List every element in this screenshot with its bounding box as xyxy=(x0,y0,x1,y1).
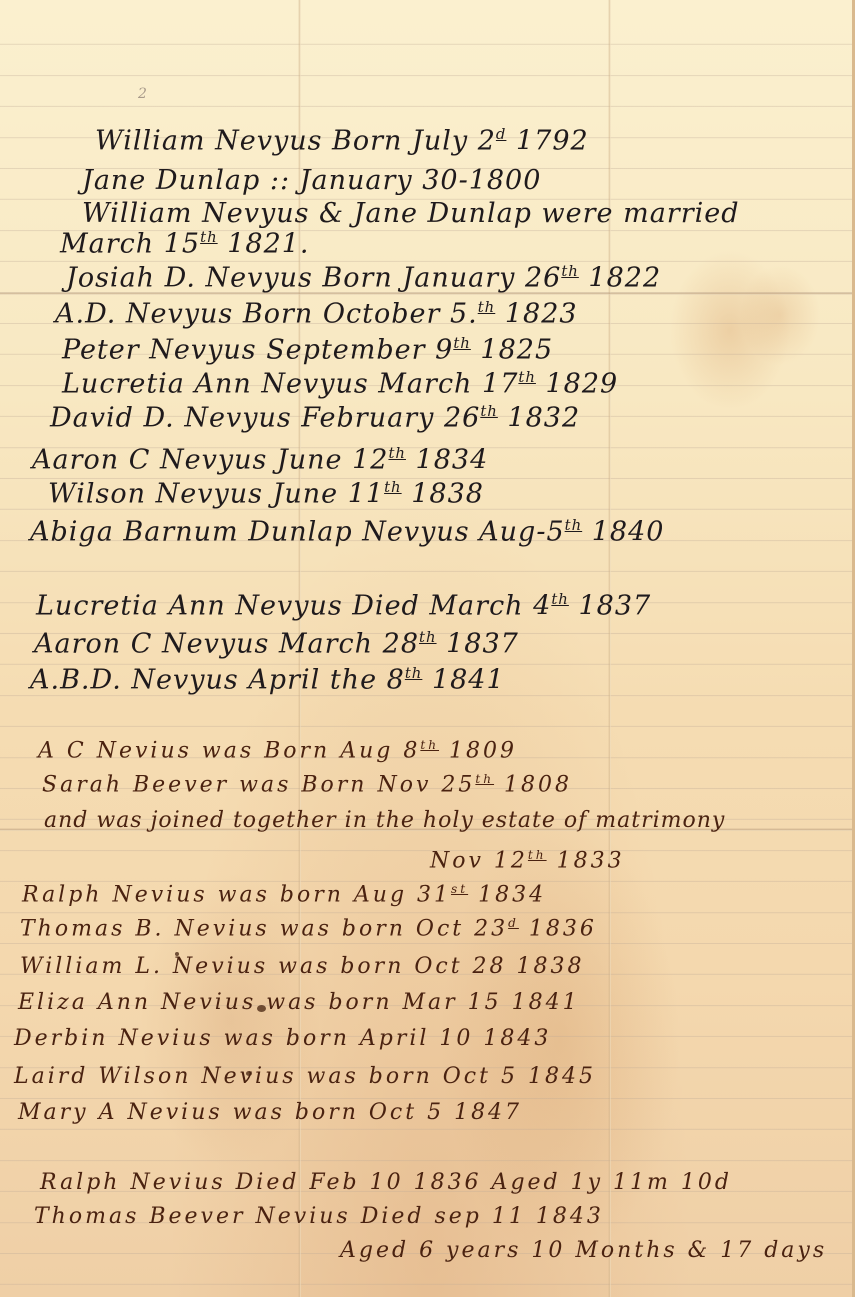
record-line: Thomas Beever Nevius Died sep 11 1843 xyxy=(34,1204,604,1229)
pencil-mark: 2 xyxy=(138,86,147,102)
record-line: Lucretia Ann Nevyus March 17th 1829 xyxy=(62,368,618,399)
record-line: Ralph Nevius Died Feb 10 1836 Aged 1y 11… xyxy=(40,1170,732,1195)
ink-blot xyxy=(257,1005,266,1012)
record-line: Aaron C Nevyus March 28th 1837 xyxy=(34,628,519,659)
record-line: A.D. Nevyus Born October 5.th 1823 xyxy=(55,298,578,329)
record-line: Peter Nevyus September 9th 1825 xyxy=(62,334,553,365)
record-line: Ralph Nevius was born Aug 31st 1834 xyxy=(22,882,546,907)
record-line: Thomas B. Nevius was born Oct 23d 1836 xyxy=(20,916,597,941)
record-line: William Nevyus Born July 2d 1792 xyxy=(95,125,589,156)
record-line: Nov 12th 1833 xyxy=(430,848,625,873)
record-line: Laird Wilson Nevius was born Oct 5 1845 xyxy=(14,1064,596,1089)
record-line: Sarah Beever was Born Nov 25th 1808 xyxy=(42,772,572,797)
record-line: Lucretia Ann Nevyus Died March 4th 1837 xyxy=(36,590,651,621)
record-line: Aged 6 years 10 Months & 17 days xyxy=(340,1238,827,1263)
fold-crease-vertical-right xyxy=(608,0,611,1297)
ink-blot xyxy=(175,952,179,956)
document-page: 2 William Nevyus Born July 2d 1792 Jane … xyxy=(0,0,855,1297)
record-line: David D. Nevyus February 26th 1832 xyxy=(50,402,580,433)
record-line: William L. Nevius was born Oct 28 1838 xyxy=(20,954,585,979)
record-line: Josiah D. Nevyus Born January 26th 1822 xyxy=(66,262,661,293)
record-line: March 15th 1821. xyxy=(60,228,310,259)
ink-blot xyxy=(246,1071,252,1076)
record-line: Mary A Nevius was born Oct 5 1847 xyxy=(18,1100,522,1125)
record-line: A C Nevius was Born Aug 8th 1809 xyxy=(38,738,517,763)
record-line: William Nevyus & Jane Dunlap were marrie… xyxy=(82,198,740,229)
record-line: Jane Dunlap :: January 30-1800 xyxy=(82,165,541,196)
record-line: Eliza Ann Nevius was born Mar 15 1841 xyxy=(18,990,580,1015)
record-line: A.B.D. Nevyus April the 8th 1841 xyxy=(30,664,505,695)
record-line: Derbin Nevius was born April 10 1843 xyxy=(14,1026,551,1051)
record-line: Wilson Nevyus June 11th 1838 xyxy=(48,478,484,509)
record-line: and was joined together in the holy esta… xyxy=(44,808,725,833)
record-line: Abiga Barnum Dunlap Nevyus Aug-5th 1840 xyxy=(30,516,664,547)
record-line: Aaron C Nevyus June 12th 1834 xyxy=(32,444,488,475)
